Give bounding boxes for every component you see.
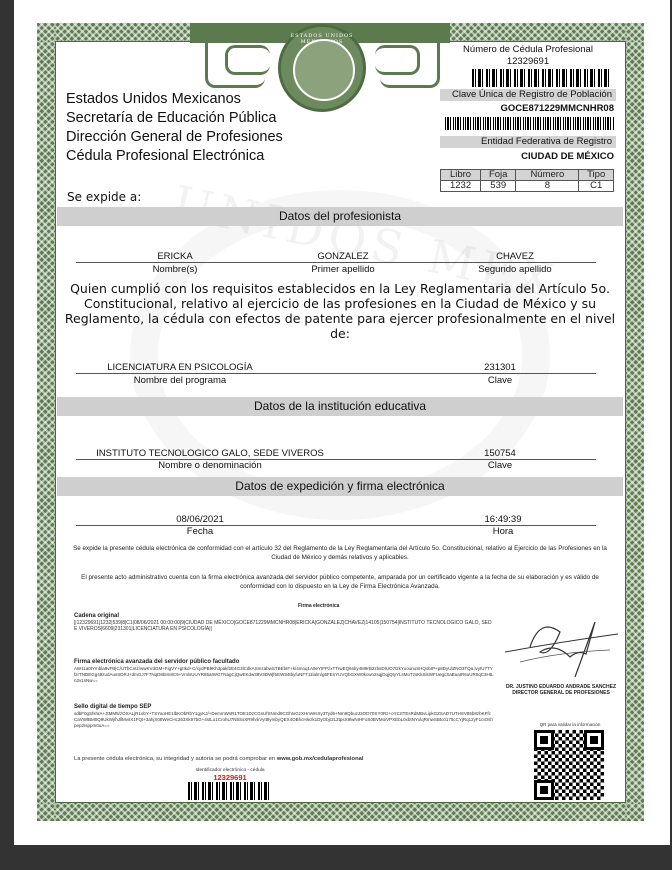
segundo-apellido-label: Segundo apellido	[460, 264, 570, 275]
verify-url[interactable]: www.gob.mx/cedulaprofesional	[277, 756, 364, 762]
section-profesionista: Datos del profesionista	[57, 207, 623, 226]
cedula-number-label: Número de Cédula Profesional	[440, 44, 616, 55]
section-expedicion: Datos de expedición y firma electrónica	[57, 477, 623, 496]
sello-digital: sdbF0gSfshrA+JtMM5/zOXALjR1obY+TSYaoHE1l…	[74, 711, 494, 729]
entidad-value: CIUDAD DE MÉXICO	[440, 151, 616, 162]
verify-text: La presente cédula electrónica, su integ…	[74, 756, 434, 762]
header-foja: Foja	[481, 170, 516, 181]
legal-text-1: Se expide la presente cédula electrónica…	[70, 545, 610, 562]
segundo-apellido-value: CHAVEZ	[460, 251, 570, 262]
institucion-clave-label: Clave	[470, 460, 530, 471]
curp-label: Clave Única de Registro de Población	[440, 89, 616, 101]
curp-value: GOCE871229MMCNHR08	[440, 103, 616, 114]
title-line: Estados Unidos Mexicanos	[66, 90, 283, 109]
fecha-value: 08/06/2021	[160, 514, 240, 525]
cedula-number: 12329691	[440, 56, 616, 67]
qr-label: QR para validar la información	[520, 722, 620, 728]
servidor-signature: AW11a0IYmbla9vFB|C/UTbCntz/wwKVdGM+FigVY…	[74, 666, 494, 684]
programa-clave-value: 231301	[470, 362, 530, 373]
programa-clave-label: Clave	[470, 375, 530, 386]
identificador-value: 12329691	[180, 775, 280, 781]
issuer-title: Estados Unidos Mexicanos Secretaría de E…	[66, 90, 283, 166]
institucion-clave-value: 150754	[470, 448, 530, 459]
primer-apellido-value: GONZALEZ	[288, 251, 398, 262]
institucion-nombre-value: INSTITUTO TECNOLOGICO GALO, SEDE VIVEROS	[85, 448, 335, 459]
scroll-ornament-right-inner	[375, 45, 420, 75]
institucion-nombre-label: Nombre o denominación	[130, 460, 290, 471]
header-tipo: Tipo	[579, 170, 614, 181]
nombre-value: ERICKA	[120, 251, 230, 262]
nombre-label: Nombre(s)	[120, 264, 230, 275]
qr-code-icon[interactable]	[534, 730, 604, 800]
tipo-value: C1	[579, 181, 614, 192]
registry-table: Libro Foja Número Tipo 1232 539 8 C1	[440, 169, 614, 192]
legal-text-2: El presente acto administrativo cuenta c…	[70, 574, 610, 591]
divider	[76, 373, 596, 374]
foja-value: 539	[481, 181, 516, 192]
primer-apellido-label: Primer apellido	[288, 264, 398, 275]
signer-title: DIRECTOR GENERAL DE PROFESIONES	[500, 690, 622, 696]
programa-value: LICENCIATURA EN PSICOLOGÍA	[100, 362, 260, 373]
hora-label: Hora	[468, 526, 538, 537]
sello-label: Sello digital de tiempo SEP	[74, 704, 151, 710]
fecha-label: Fecha	[160, 526, 240, 537]
hora-value: 16:49:39	[468, 514, 538, 525]
title-line: Dirección General de Profesiones	[66, 128, 283, 147]
numero-value: 8	[516, 181, 579, 192]
se-expide-label: Se expide a:	[67, 190, 141, 204]
divider	[76, 262, 596, 263]
cedula-barcode	[472, 69, 610, 87]
firma-heading: Firma electrónica	[298, 603, 339, 609]
verify-prefix: La presente cédula electrónica, su integ…	[74, 756, 277, 762]
national-emblem-icon: ESTADOS UNIDOS MEXICANOS	[278, 24, 366, 112]
identificador-barcode	[188, 782, 272, 800]
handwritten-signature-icon	[500, 612, 620, 682]
libro-value: 1232	[441, 181, 481, 192]
cadena-label: Cadena original	[74, 613, 119, 619]
curp-barcode	[445, 117, 615, 130]
header-numero: Número	[516, 170, 579, 181]
header-libro: Libro	[441, 170, 481, 181]
title-line: Secretaría de Educación Pública	[66, 109, 283, 128]
title-line: Cédula Profesional Electrónica	[66, 147, 283, 166]
cadena-original: ||12329691|1232|539|8|C1|08/06/2021 00:0…	[74, 620, 494, 632]
programa-label: Nombre del programa	[100, 375, 260, 386]
scroll-ornament-left-inner	[225, 45, 270, 75]
requirements-statement: Quien cumplió con los requisitos estable…	[57, 281, 623, 341]
servidor-label: Firma electrónica avanzada del servidor …	[74, 659, 239, 665]
section-institucion: Datos de la institución educativa	[57, 397, 623, 416]
entidad-label: Entidad Federativa de Registro	[440, 136, 616, 148]
